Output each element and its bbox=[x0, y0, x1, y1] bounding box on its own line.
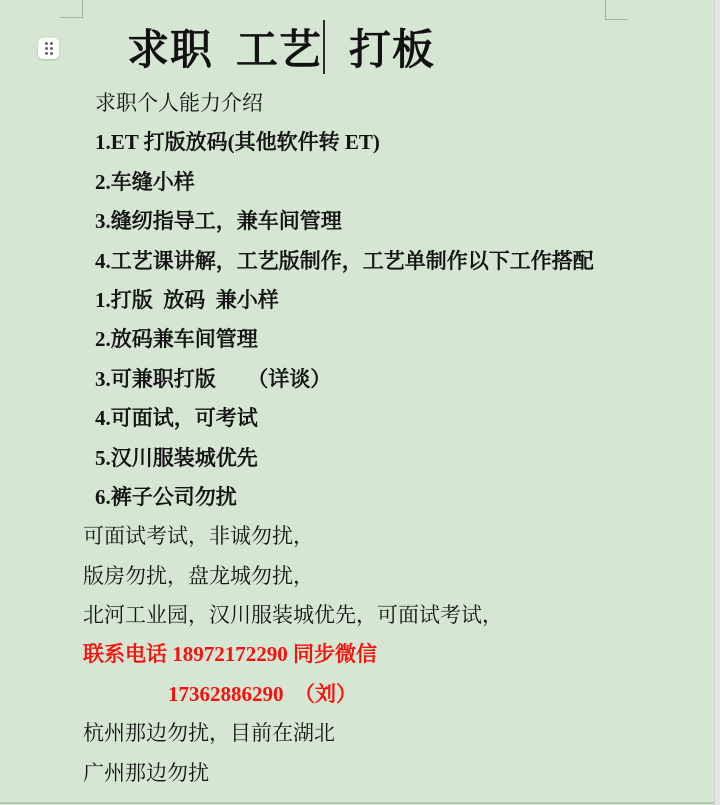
scrollbar-track[interactable] bbox=[714, 0, 720, 805]
title-text-after-cursor: 打板 bbox=[326, 17, 435, 77]
doc-line[interactable]: 版房勿扰，盘龙城勿扰， bbox=[0, 557, 705, 596]
doc-line[interactable]: 3.可兼职打版 （详谈） bbox=[0, 360, 705, 399]
doc-line[interactable]: 4.工艺课讲解，工艺版制作，工艺单制作以下工作搭配 bbox=[0, 242, 705, 281]
margin-corner-mark-top-right bbox=[605, 0, 628, 20]
doc-line[interactable]: 5.汉川服装城优先 bbox=[0, 439, 705, 478]
doc-line[interactable]: 广州那边勿扰 bbox=[0, 754, 705, 793]
margin-corner-mark-top-left bbox=[60, 0, 83, 18]
title-text-before-cursor: 求职 工艺 bbox=[127, 17, 322, 77]
doc-line[interactable]: 可面试考试，非诚勿扰， bbox=[0, 517, 705, 556]
doc-line[interactable]: 4.可面试，可考试 bbox=[0, 399, 705, 438]
doc-line[interactable]: 6.裤子公司勿扰 bbox=[0, 478, 705, 517]
doc-line-contact-phone[interactable]: 17362886290 （刘） bbox=[0, 675, 705, 714]
doc-line[interactable]: 2.车缝小样 bbox=[0, 163, 705, 202]
doc-line[interactable]: 北河工业园，汉川服装城优先，可面试考试， bbox=[0, 596, 705, 635]
doc-line[interactable]: 2.放码兼车间管理 bbox=[0, 320, 705, 359]
drag-handle-icon[interactable] bbox=[38, 38, 59, 59]
document-title[interactable]: 求职 工艺 打板 bbox=[127, 18, 435, 76]
doc-line[interactable]: 1.ET 打版放码(其他软件转 ET) bbox=[0, 123, 705, 162]
six-dots-icon bbox=[45, 42, 53, 55]
document-page: { "page": { "background_color": "#d5e7d2… bbox=[0, 0, 720, 805]
text-cursor bbox=[323, 20, 325, 74]
document-body: 求职个人能力介绍 1.ET 打版放码(其他软件转 ET) 2.车缝小样 3.缝纫… bbox=[0, 84, 705, 793]
doc-line[interactable]: 杭州那边勿扰，目前在湖北 bbox=[0, 714, 705, 753]
doc-line-contact-phone[interactable]: 联系电话 18972172290 同步微信 bbox=[0, 635, 705, 674]
page-bottom-edge bbox=[0, 802, 715, 804]
document-canvas[interactable]: 求职 工艺 打板 求职个人能力介绍 1.ET 打版放码(其他软件转 ET) 2.… bbox=[0, 0, 715, 805]
doc-line[interactable]: 3.缝纫指导工，兼车间管理 bbox=[0, 202, 705, 241]
doc-line[interactable]: 求职个人能力介绍 bbox=[0, 84, 705, 123]
doc-line[interactable]: 1.打版 放码 兼小样 bbox=[0, 281, 705, 320]
